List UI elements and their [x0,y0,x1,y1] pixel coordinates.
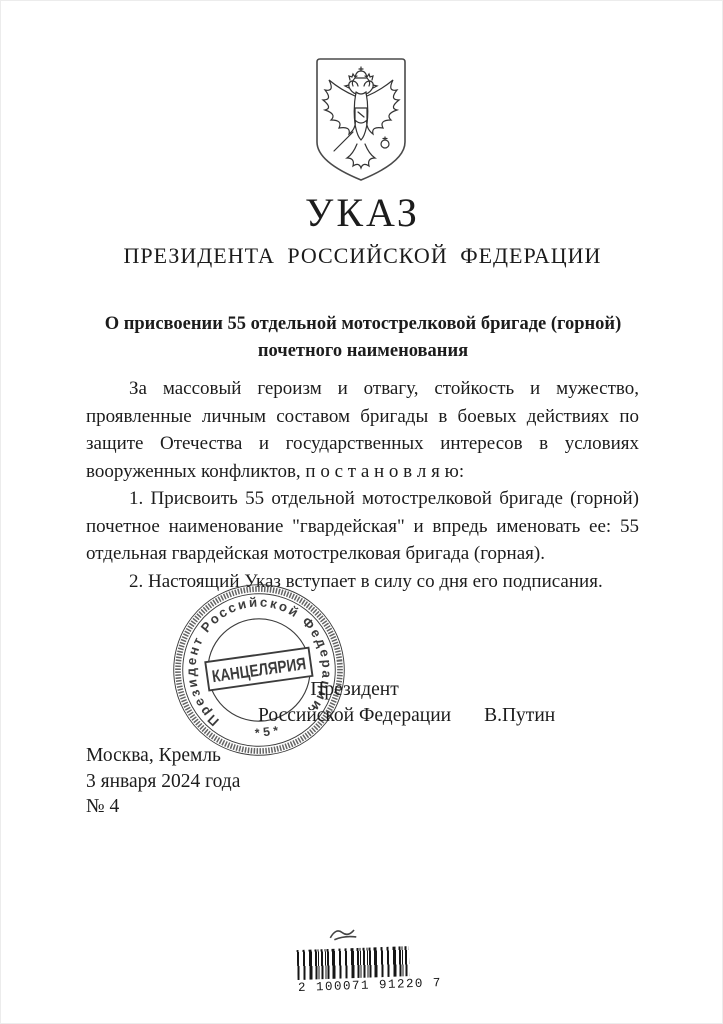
footer-date: 3 января 2024 года [86,769,240,795]
barcode-bars [297,946,410,980]
footer-number: № 4 [86,794,240,820]
signature-title-line2: Российской Федерации [258,703,451,729]
signature-title: Президент Российской Федерации [258,677,451,729]
decree-body: За массовый героизм и отвагу, стойкость … [86,375,639,595]
decree-footer: Москва, Кремль 3 января 2024 года № 4 [86,743,240,820]
signature-title-line1: Президент [258,677,451,703]
decree-heading: УКАЗ [1,189,723,236]
footer-place: Москва, Кремль [86,743,240,769]
barcode-digits: 2 100071 91220 7 [298,977,416,995]
decree-subject: О присвоении 55 отдельной мотострелковой… [73,311,653,365]
signature-block: Президент Российской Федерации В.Путин [258,677,555,729]
barcode: 2 100071 91220 7 [296,921,416,995]
decree-page: УКАЗ ПРЕЗИДЕНТА РОССИЙСКОЙ ФЕДЕРАЦИИ О п… [0,0,723,1024]
handwritten-mark [326,923,367,944]
russian-coat-of-arms-icon [309,56,413,184]
decree-subheading: ПРЕЗИДЕНТА РОССИЙСКОЙ ФЕДЕРАЦИИ [1,243,723,269]
double-headed-eagle [323,67,399,168]
body-paragraph: За массовый героизм и отвагу, стойкость … [86,375,639,485]
signatory-name: В.Путин [484,703,555,729]
chancellery-stamp: Президент Российской Федерации * 5 * КАН… [159,570,360,771]
body-paragraph: 1. Присвоить 55 отдельной мотострелковой… [86,485,639,568]
